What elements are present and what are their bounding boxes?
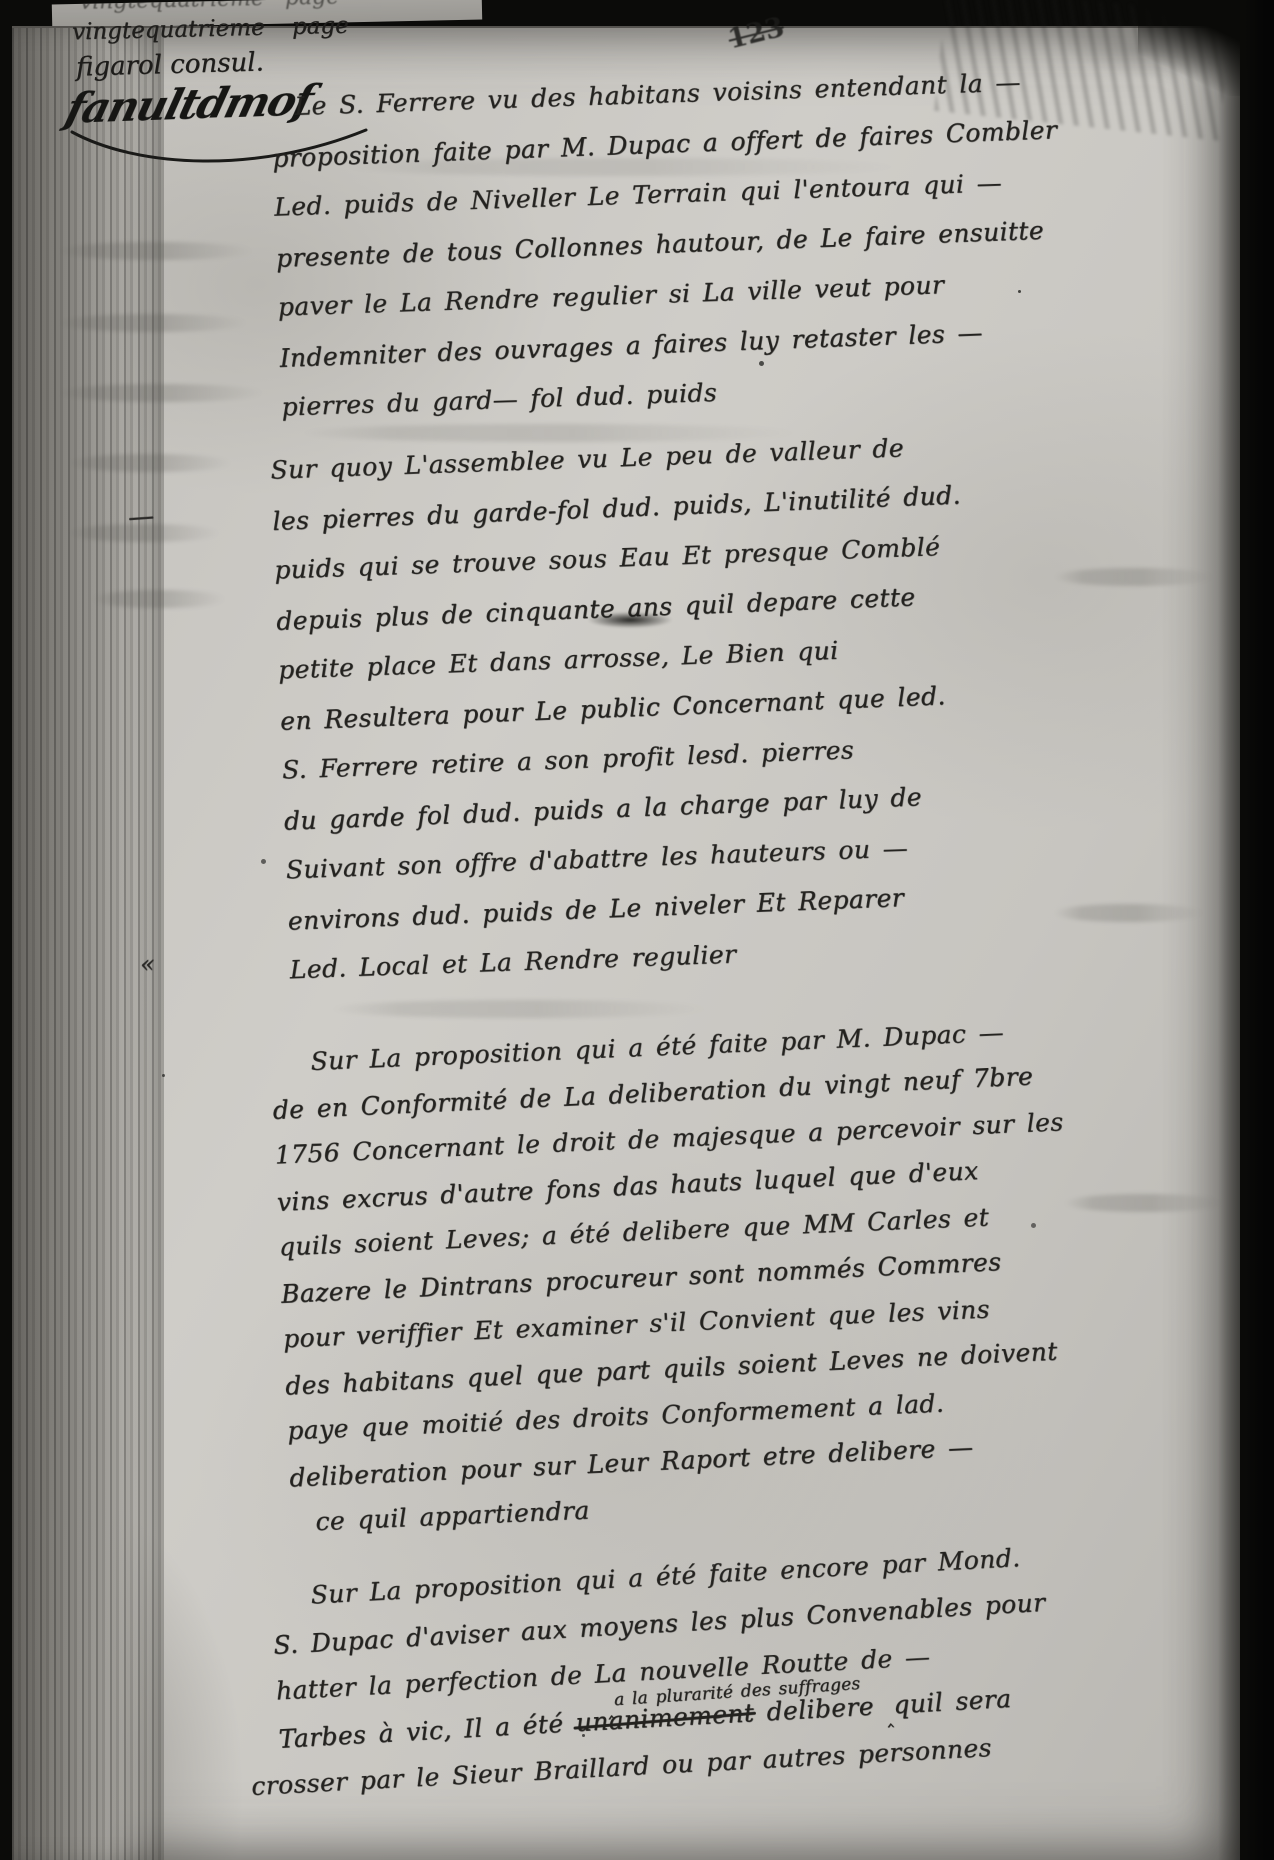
ink-blot <box>588 612 672 628</box>
bleedthrough-smudge <box>58 384 264 402</box>
bleedthrough-smudge <box>92 590 226 608</box>
margin-note-page-label: vingtequatrieme page <box>72 13 349 46</box>
page-number-mark: 123 <box>725 12 787 56</box>
paragraph-4: Sur La proposition qui a été faite encor… <box>270 1538 1102 1818</box>
book-right-edge <box>1218 0 1274 1860</box>
scan-background: vingtequatrieme page vingtequatrieme pag… <box>0 0 1274 1860</box>
bleedthrough-smudge <box>58 242 254 260</box>
caret-mark: ‸ <box>886 1703 895 1727</box>
margin-quote-mark: « <box>139 950 155 979</box>
bleedthrough-smudge <box>68 454 232 472</box>
margin-note-consul: figarol consul. <box>76 47 265 82</box>
amended-text-post: quil sera <box>893 1684 1013 1720</box>
caret-mark: ‸ <box>607 1695 616 1719</box>
bleedthrough-smudge <box>58 314 248 332</box>
paragraph-3: Sur La proposition qui a été faite par M… <box>270 1013 1112 1556</box>
paragraph-2: Sur quoy L'assemblee vu Le peu de valleu… <box>270 426 1111 1007</box>
book-gutter <box>12 28 164 1860</box>
margin-dash-mark: — <box>127 501 155 533</box>
paragraph-1: Le S. Ferrere vu des habitans voisins en… <box>270 64 1102 444</box>
manuscript-page: vingtequatrieme page figarol consul. fan… <box>12 26 1240 1860</box>
ghost-underpage-text: vingtequatrieme page <box>79 0 481 15</box>
